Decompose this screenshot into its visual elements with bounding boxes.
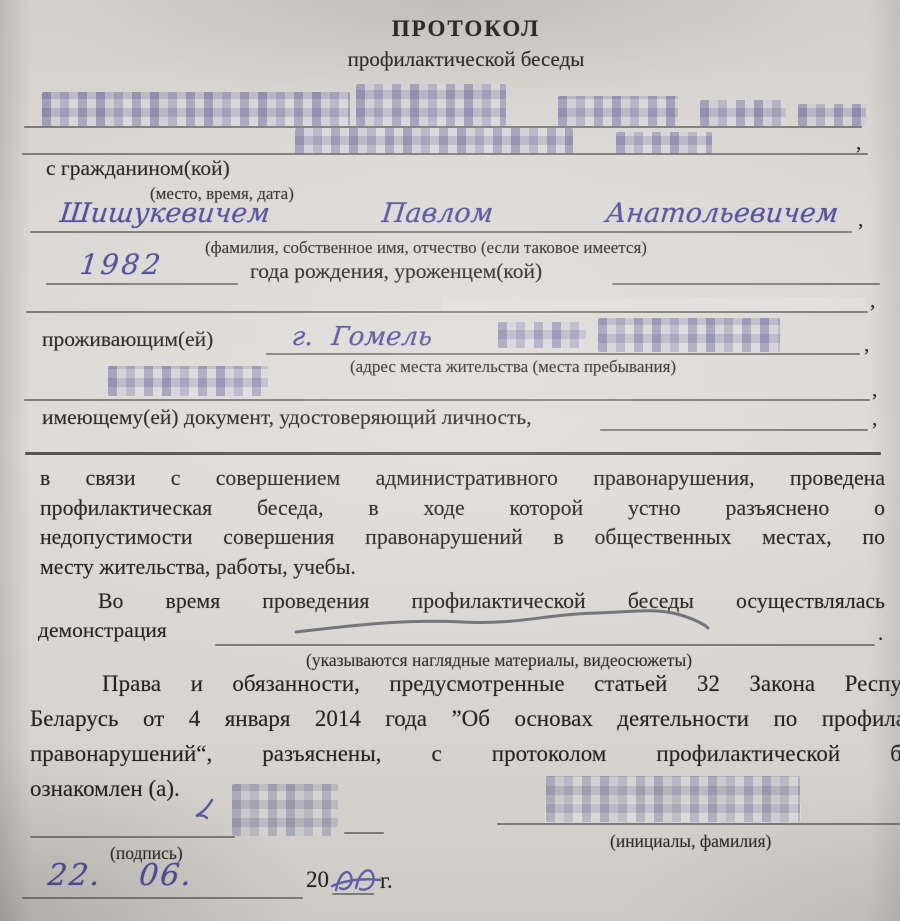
body-paragraph-1: в связи с совершением административного … <box>40 464 885 582</box>
redaction-mosaic <box>42 92 350 126</box>
residing-label: проживающим(ей) <box>42 327 213 352</box>
redaction-mosaic <box>356 84 506 126</box>
form-comma: , <box>856 130 861 155</box>
name-caption: (фамилия, собственное имя, отчество (есл… <box>205 238 647 258</box>
year-line <box>332 893 374 895</box>
paper-light-patch <box>442 297 866 312</box>
blank-line <box>30 231 852 233</box>
handwritten-first-name: Павлом <box>381 198 495 229</box>
redaction-mosaic <box>798 104 866 126</box>
blank-line <box>266 353 860 355</box>
blank-line <box>25 452 881 455</box>
protocol-document-photo: ПРОТОКОЛ профилактической беседы , с гра… <box>0 0 900 921</box>
handwritten-strike-squiggle <box>292 604 712 640</box>
citizen-label: с гражданином(кой) <box>46 156 230 181</box>
paragraph-line: правонарушений“, разъяснены, с протоколо… <box>30 736 900 771</box>
year-suffix: г. <box>380 868 393 894</box>
blank-line <box>600 429 868 431</box>
blank-line <box>46 283 238 285</box>
doc-subtitle: профилактической беседы <box>0 47 900 72</box>
signature-line <box>30 836 235 838</box>
year-prefix: 20 <box>306 867 329 893</box>
redaction-mosaic <box>295 128 573 154</box>
blank-line <box>612 283 880 285</box>
redaction-mosaic <box>108 366 268 396</box>
redaction-mosaic-signature <box>232 784 338 836</box>
redaction-mosaic <box>700 100 786 126</box>
paragraph-line: профилактическая беседа, в ходе которой … <box>40 494 885 524</box>
blank-line <box>26 311 868 313</box>
redaction-mosaic <box>616 132 712 154</box>
paragraph-line: месту жительства, работы, учебы. <box>40 553 885 583</box>
redaction-mosaic <box>598 318 780 352</box>
birth-label: года рождения, уроженцем(кой) <box>250 259 542 284</box>
handwritten-full-name: Шишукевичем Павлом Анатольевичем <box>60 198 838 229</box>
redaction-mosaic <box>558 96 678 126</box>
paragraph-line: недопустимости совершения правонарушений… <box>40 523 885 553</box>
handwritten-city: г. Гомель <box>290 322 433 352</box>
redaction-mosaic-name <box>546 776 800 822</box>
blank-line <box>24 399 870 401</box>
handwritten-surname: Шишукевичем <box>58 198 271 229</box>
handwritten-check-mark <box>192 798 218 824</box>
blank-line <box>22 153 868 155</box>
demonstration-label: демонстрация <box>38 618 167 643</box>
handwritten-birth-year: 1982 <box>78 248 165 281</box>
handwritten-patronymic: Анатольевичем <box>604 198 840 229</box>
form-comma: , <box>858 207 863 232</box>
redaction-mosaic <box>498 322 586 348</box>
form-comma: , <box>872 377 877 402</box>
paragraph-line: в связи с совершением административного … <box>40 464 885 494</box>
form-comma: , <box>870 288 875 313</box>
signature-line <box>344 832 384 834</box>
form-period: . <box>878 621 883 646</box>
form-comma: , <box>864 332 869 357</box>
form-comma: , <box>872 406 877 431</box>
identity-label: имеющему(ей) документ, удостоверяющий ли… <box>42 405 532 430</box>
initials-caption: (инициалы, фамилия) <box>610 831 771 852</box>
address-caption: (адрес места жительства (места пребывани… <box>350 357 676 377</box>
doc-title: ПРОТОКОЛ <box>0 16 900 42</box>
handwritten-date: 22. 06. <box>46 858 195 893</box>
initials-line <box>497 823 900 825</box>
blank-line <box>215 644 875 646</box>
paragraph-line: Права и обязанности, предусмотренные ста… <box>30 666 900 701</box>
paragraph-line: Беларусь от 4 января 2014 года ”Об основ… <box>30 701 900 736</box>
date-line <box>22 897 303 899</box>
